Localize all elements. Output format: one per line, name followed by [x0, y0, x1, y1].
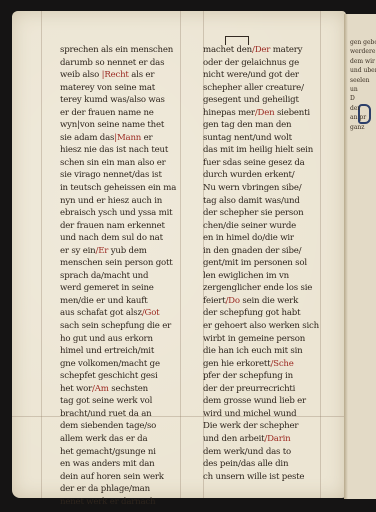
text-line: ch unsern wille ist peste — [203, 471, 319, 484]
text-line: wyn|von seine name thet — [60, 119, 176, 132]
text-line: allem werk das er da — [60, 433, 176, 446]
text-line: werdere — [350, 47, 376, 56]
margin-rule-left-column-right — [180, 11, 181, 498]
text-line: feiert/Do sein die werk — [203, 295, 319, 308]
text-line: bracht/und ruet da an — [60, 408, 176, 421]
text-line: machet den/Der matery — [203, 44, 319, 57]
text-line: gen hie erkorett/Sche — [203, 358, 319, 371]
text-line: sie virago nennet/das ist — [60, 169, 176, 182]
text-line: hinepas mer/Den siebenti — [203, 107, 319, 120]
text-line: nyn und er hiesz auch in — [60, 195, 176, 208]
text-line: werd gemeret in seine — [60, 282, 176, 295]
text-line: ebraisch ysch und yssa mit — [60, 207, 176, 220]
text-line: die han ich euch mit sin — [203, 345, 319, 358]
text-line: der schepher sie person — [203, 207, 319, 220]
text-line: tag also damit was/und — [203, 195, 319, 208]
text-line: sprach da/macht und — [60, 270, 176, 283]
text-line: hiesz nie das ist nach teut — [60, 144, 176, 157]
text-line: seelen — [350, 76, 376, 85]
text-line: der — [350, 104, 376, 113]
text-line: nicht were/und got der — [203, 69, 319, 82]
text-line: gen gebo — [350, 38, 376, 47]
next-page-text-fragment: gen gebowerderedem wirund uberseelenunDd… — [350, 38, 376, 132]
text-line: aus schafat got alsz/Got — [60, 307, 176, 320]
text-line: men/die er und kauft — [60, 295, 176, 308]
text-line: en in himel do/die wir — [203, 232, 319, 245]
text-line: durch wurden erkent/ — [203, 169, 319, 182]
text-line: weib also |Recht als er — [60, 69, 176, 82]
text-line: dein auf horen sein werk — [60, 471, 176, 484]
text-line: und nach dem sul do nat — [60, 232, 176, 245]
text-line: schepfet geschicht gesi — [60, 370, 176, 383]
margin-rule-right-column-right — [320, 11, 321, 498]
text-line: des pein/das alle din — [203, 458, 319, 471]
text-line: wird und michel wund — [203, 408, 319, 421]
margin-rule-left-outer — [41, 11, 42, 498]
text-line: der schepfung got habt — [203, 307, 319, 320]
text-line: der der preurrecrichti — [203, 383, 319, 396]
text-line: fuer sdas seine gesez da — [203, 157, 319, 170]
text-line: gen tag den man den — [203, 119, 319, 132]
text-line: er der frauen name ne — [60, 107, 176, 120]
text-line: an pr — [350, 113, 376, 122]
text-line: schepher aller creature/ — [203, 82, 319, 95]
text-line: er sy ein/Er yub dem — [60, 245, 176, 258]
text-line: het wor/Am sechsten — [60, 383, 176, 396]
text-line: het gemacht/gsunge ni — [60, 446, 176, 459]
text-line: gne volkomen/macht ge — [60, 358, 176, 371]
text-line: pfer der schepfung in — [203, 370, 319, 383]
text-line: der frauen nam erkennet — [60, 220, 176, 233]
text-line: chen/die seiner wurde — [203, 220, 319, 233]
text-line: sach sein schepfung die er — [60, 320, 176, 333]
text-line: D — [350, 94, 376, 103]
text-line: himel und ertreich/mit — [60, 345, 176, 358]
text-line: sie adam das|Mann er — [60, 132, 176, 145]
text-line: suntag nent/und wolt — [203, 132, 319, 145]
text-line: darumb so nennet er das — [60, 57, 176, 70]
text-line: dem werk/und das to — [203, 446, 319, 459]
text-line: der er da phlage/man — [60, 483, 176, 496]
text-line: Nu wern vbringen sibe/ — [203, 182, 319, 195]
text-line: wirbt in gemeine person — [203, 333, 319, 346]
text-line: gent/mit im personen sol — [203, 257, 319, 270]
text-line: und uber — [350, 66, 376, 75]
text-line: materey von seine mat — [60, 82, 176, 95]
book-gutter — [344, 14, 348, 499]
text-line: dem siebenden tage/so — [60, 420, 176, 433]
text-line: in den gnaden der sibe/ — [203, 245, 319, 258]
text-line: en was anders mit dan — [60, 458, 176, 471]
text-line: gesegent und geheiligt — [203, 94, 319, 107]
text-line: dem grosse wund lieb er — [203, 395, 319, 408]
text-line: das mit im heilig hielt sein — [203, 144, 319, 157]
right-text-column: machet den/Der materyoder der gelaichnus… — [203, 44, 319, 483]
text-line: und den arbeit/Darin — [203, 433, 319, 446]
text-line: menschen sein person gott — [60, 257, 176, 270]
text-line: nenet werk er darnach — [60, 496, 176, 509]
text-line: er gehoert also werken sich — [203, 320, 319, 333]
text-line: oder der gelaichnus ge — [203, 57, 319, 70]
left-text-column: sprechen als ein menschendarumb so nenne… — [60, 44, 176, 508]
text-line: len ewiglichen im vn — [203, 270, 319, 283]
text-line: ganz — [350, 123, 376, 132]
text-line: sprechen als ein menschen — [60, 44, 176, 57]
text-line: ho gut und aus erkorn — [60, 333, 176, 346]
text-line: dem wir — [350, 57, 376, 66]
text-line: tag got seine werk vol — [60, 395, 176, 408]
text-line: terey kumd was/also was — [60, 94, 176, 107]
text-line: un — [350, 85, 376, 94]
text-line: in teutsch geheissen ein ma — [60, 182, 176, 195]
text-line: Die werk der schepher — [203, 420, 319, 433]
text-line: zergenglicher ende los sie — [203, 282, 319, 295]
text-line: schen sin ein man also er — [60, 157, 176, 170]
